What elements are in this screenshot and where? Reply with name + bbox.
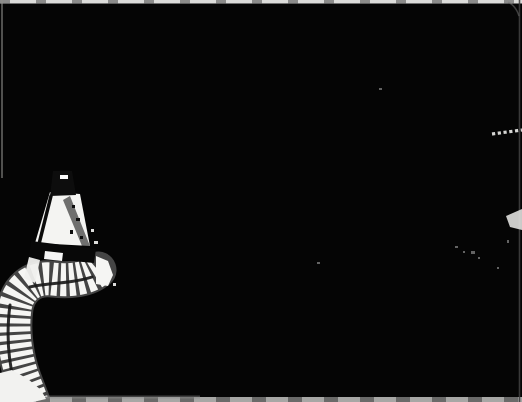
fleck	[113, 283, 116, 286]
fleck	[94, 241, 98, 244]
speck	[471, 251, 475, 254]
speck	[497, 267, 499, 269]
speck	[463, 251, 465, 253]
photo	[0, 0, 522, 402]
speck	[507, 240, 509, 243]
photo-canvas	[0, 0, 522, 402]
speck	[455, 246, 458, 248]
speck	[317, 262, 320, 264]
fleck	[91, 229, 94, 232]
cone-tip-highlight	[60, 175, 68, 179]
speck	[478, 257, 480, 259]
speck	[379, 88, 382, 90]
cone-dark-tip	[50, 171, 76, 196]
